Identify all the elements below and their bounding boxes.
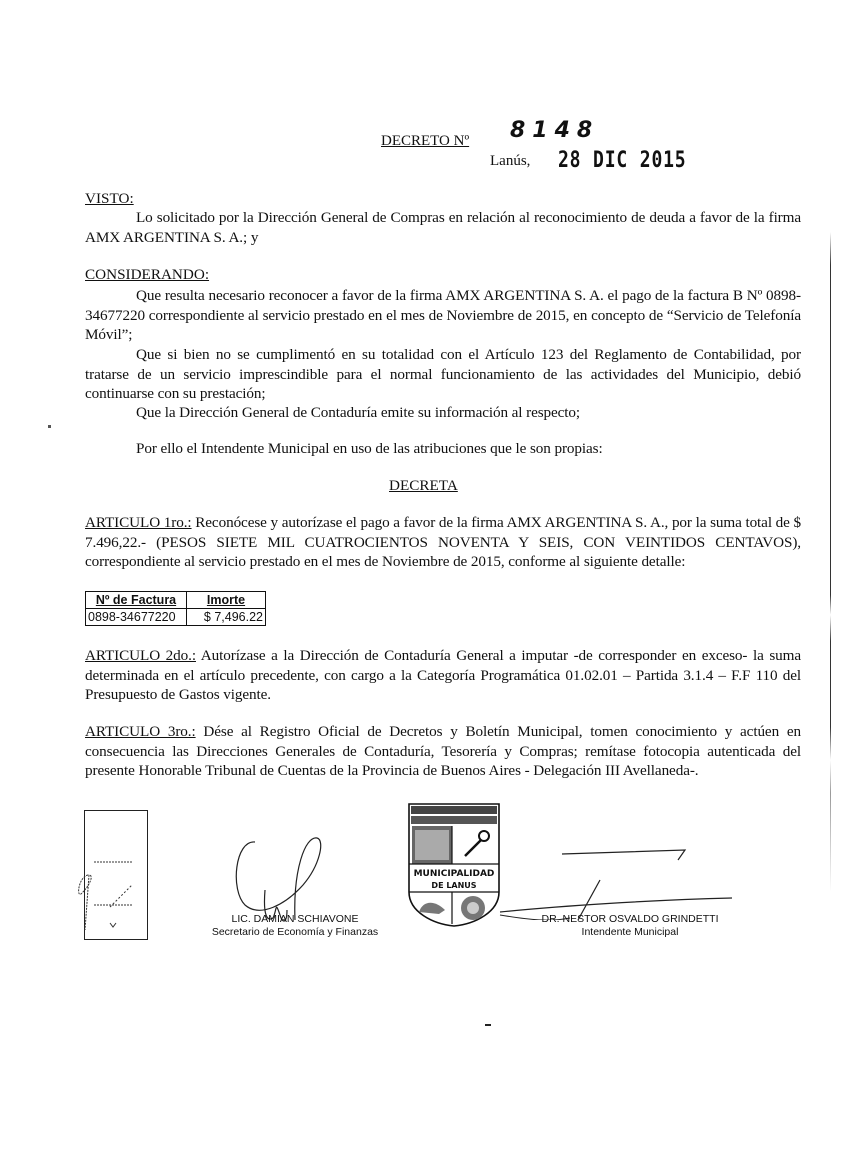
considerando-closing: Por ello el Intendente Municipal en uso …: [136, 439, 603, 459]
scan-speck: [48, 425, 51, 428]
decree-label: DECRETO Nº: [381, 133, 469, 150]
considerando-paragraph-2: Que si bien no se cumplimentó en su tota…: [85, 345, 801, 404]
initials-scribble-icon: [70, 805, 160, 945]
table-row: 0898-34677220 $ 7,496.22: [86, 609, 266, 626]
invoice-detail-table: Nº de Factura Imorte 0898-34677220 $ 7,4…: [85, 591, 266, 626]
articulo-1-text: Reconócese y autorízase el pago a favor …: [85, 514, 801, 570]
scan-margin-line: [830, 232, 831, 892]
place-label: Lanús,: [490, 153, 530, 170]
articulo-3: ARTICULO 3ro.: Dése al Registro Oficial …: [85, 722, 801, 781]
signature-2-name: DR. NESTOR OSVALDO GRINDETTI: [530, 913, 730, 926]
visto-heading: VISTO:: [85, 190, 134, 208]
considerando-paragraph-1: Que resulta necesario reconocer a favor …: [85, 286, 801, 345]
cell-amount: $ 7,496.22: [187, 609, 266, 626]
decreta-heading: DECRETA: [389, 477, 458, 495]
scan-speck: [485, 1024, 491, 1026]
table-header-row: Nº de Factura Imorte: [86, 592, 266, 609]
date-stamp: 28 DIC 2015: [558, 148, 686, 173]
articulo-2-label: ARTICULO 2do.:: [85, 647, 196, 664]
signature-1-name: LIC. DAMIAN SCHIAVONE: [205, 913, 385, 926]
articulo-1: ARTICULO 1ro.: Reconócese y autorízase e…: [85, 513, 801, 572]
considerando-paragraph-3: Que la Dirección General de Contaduría e…: [85, 403, 801, 423]
articulo-1-label: ARTICULO 1ro.:: [85, 514, 192, 531]
considerando-heading: CONSIDERANDO:: [85, 266, 209, 284]
header-invoice-number: Nº de Factura: [86, 592, 187, 609]
signature-grindetti-icon: [470, 840, 740, 920]
signature-2-title: Intendente Municipal: [530, 926, 730, 939]
signature-1-title: Secretario de Economía y Finanzas: [205, 926, 385, 939]
cell-invoice-number: 0898-34677220: [86, 609, 187, 626]
articulo-3-label: ARTICULO 3ro.:: [85, 723, 196, 740]
articulo-2: ARTICULO 2do.: Autorízase a la Dirección…: [85, 646, 801, 705]
decree-page: DECRETO Nº 8148 Lanús, 28 DIC 2015 VISTO…: [0, 0, 850, 1169]
invoice-detail-table-wrap: Nº de Factura Imorte 0898-34677220 $ 7,4…: [85, 591, 266, 626]
signature-2-block: DR. NESTOR OSVALDO GRINDETTI Intendente …: [530, 913, 730, 939]
decree-number: 8148: [510, 118, 599, 143]
header-amount: Imorte: [187, 592, 266, 609]
visto-text: Lo solicitado por la Dirección General d…: [85, 208, 801, 247]
signature-1-block: LIC. DAMIAN SCHIAVONE Secretario de Econ…: [205, 913, 385, 939]
